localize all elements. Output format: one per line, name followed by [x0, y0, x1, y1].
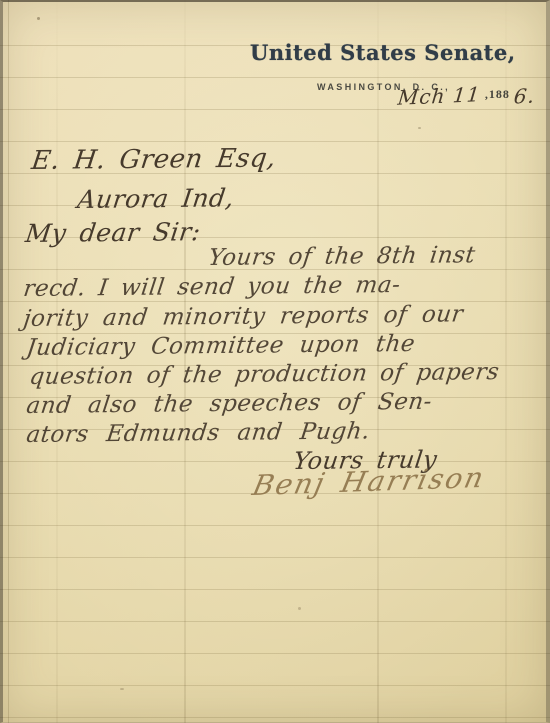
body-line: jority and minority reports of our — [22, 303, 465, 331]
salutation: My dear Sir: — [24, 219, 202, 246]
body-line: Judiciary Committee upon the — [25, 333, 417, 360]
fold-crease — [56, 0, 58, 723]
letter-photo: United States Senate, WASHINGTON, D. C.,… — [0, 0, 550, 723]
date-printed-year-stub: ,188 — [485, 87, 510, 101]
body-line: question of the production of papers — [28, 361, 501, 389]
date-handwritten-month-day: Mch 11 — [397, 82, 482, 110]
recipient-name: E. H. Green Esq, — [30, 145, 278, 174]
date-line: Mch 11 ,188 6. — [398, 84, 535, 108]
body-line: ators Edmunds and Pugh. — [25, 420, 371, 447]
paper-speck — [298, 607, 301, 610]
letterhead-organization: United States Senate, — [250, 40, 510, 65]
date-handwritten-year-digit: 6. — [513, 84, 537, 109]
paper-speck — [37, 17, 40, 20]
paper-edge-line — [8, 0, 9, 723]
paper-speck — [120, 688, 124, 690]
recipient-address: Aurora Ind, — [76, 185, 236, 212]
body-line: recd. I will send you the ma- — [22, 274, 402, 301]
paper-speck — [418, 127, 421, 129]
fold-crease — [505, 0, 507, 723]
signature-benj-harrison: Benj Harrison — [250, 464, 488, 500]
body-line: and also the speeches of Sen- — [25, 391, 433, 418]
body-line: Yours of the 8th inst — [207, 244, 477, 270]
